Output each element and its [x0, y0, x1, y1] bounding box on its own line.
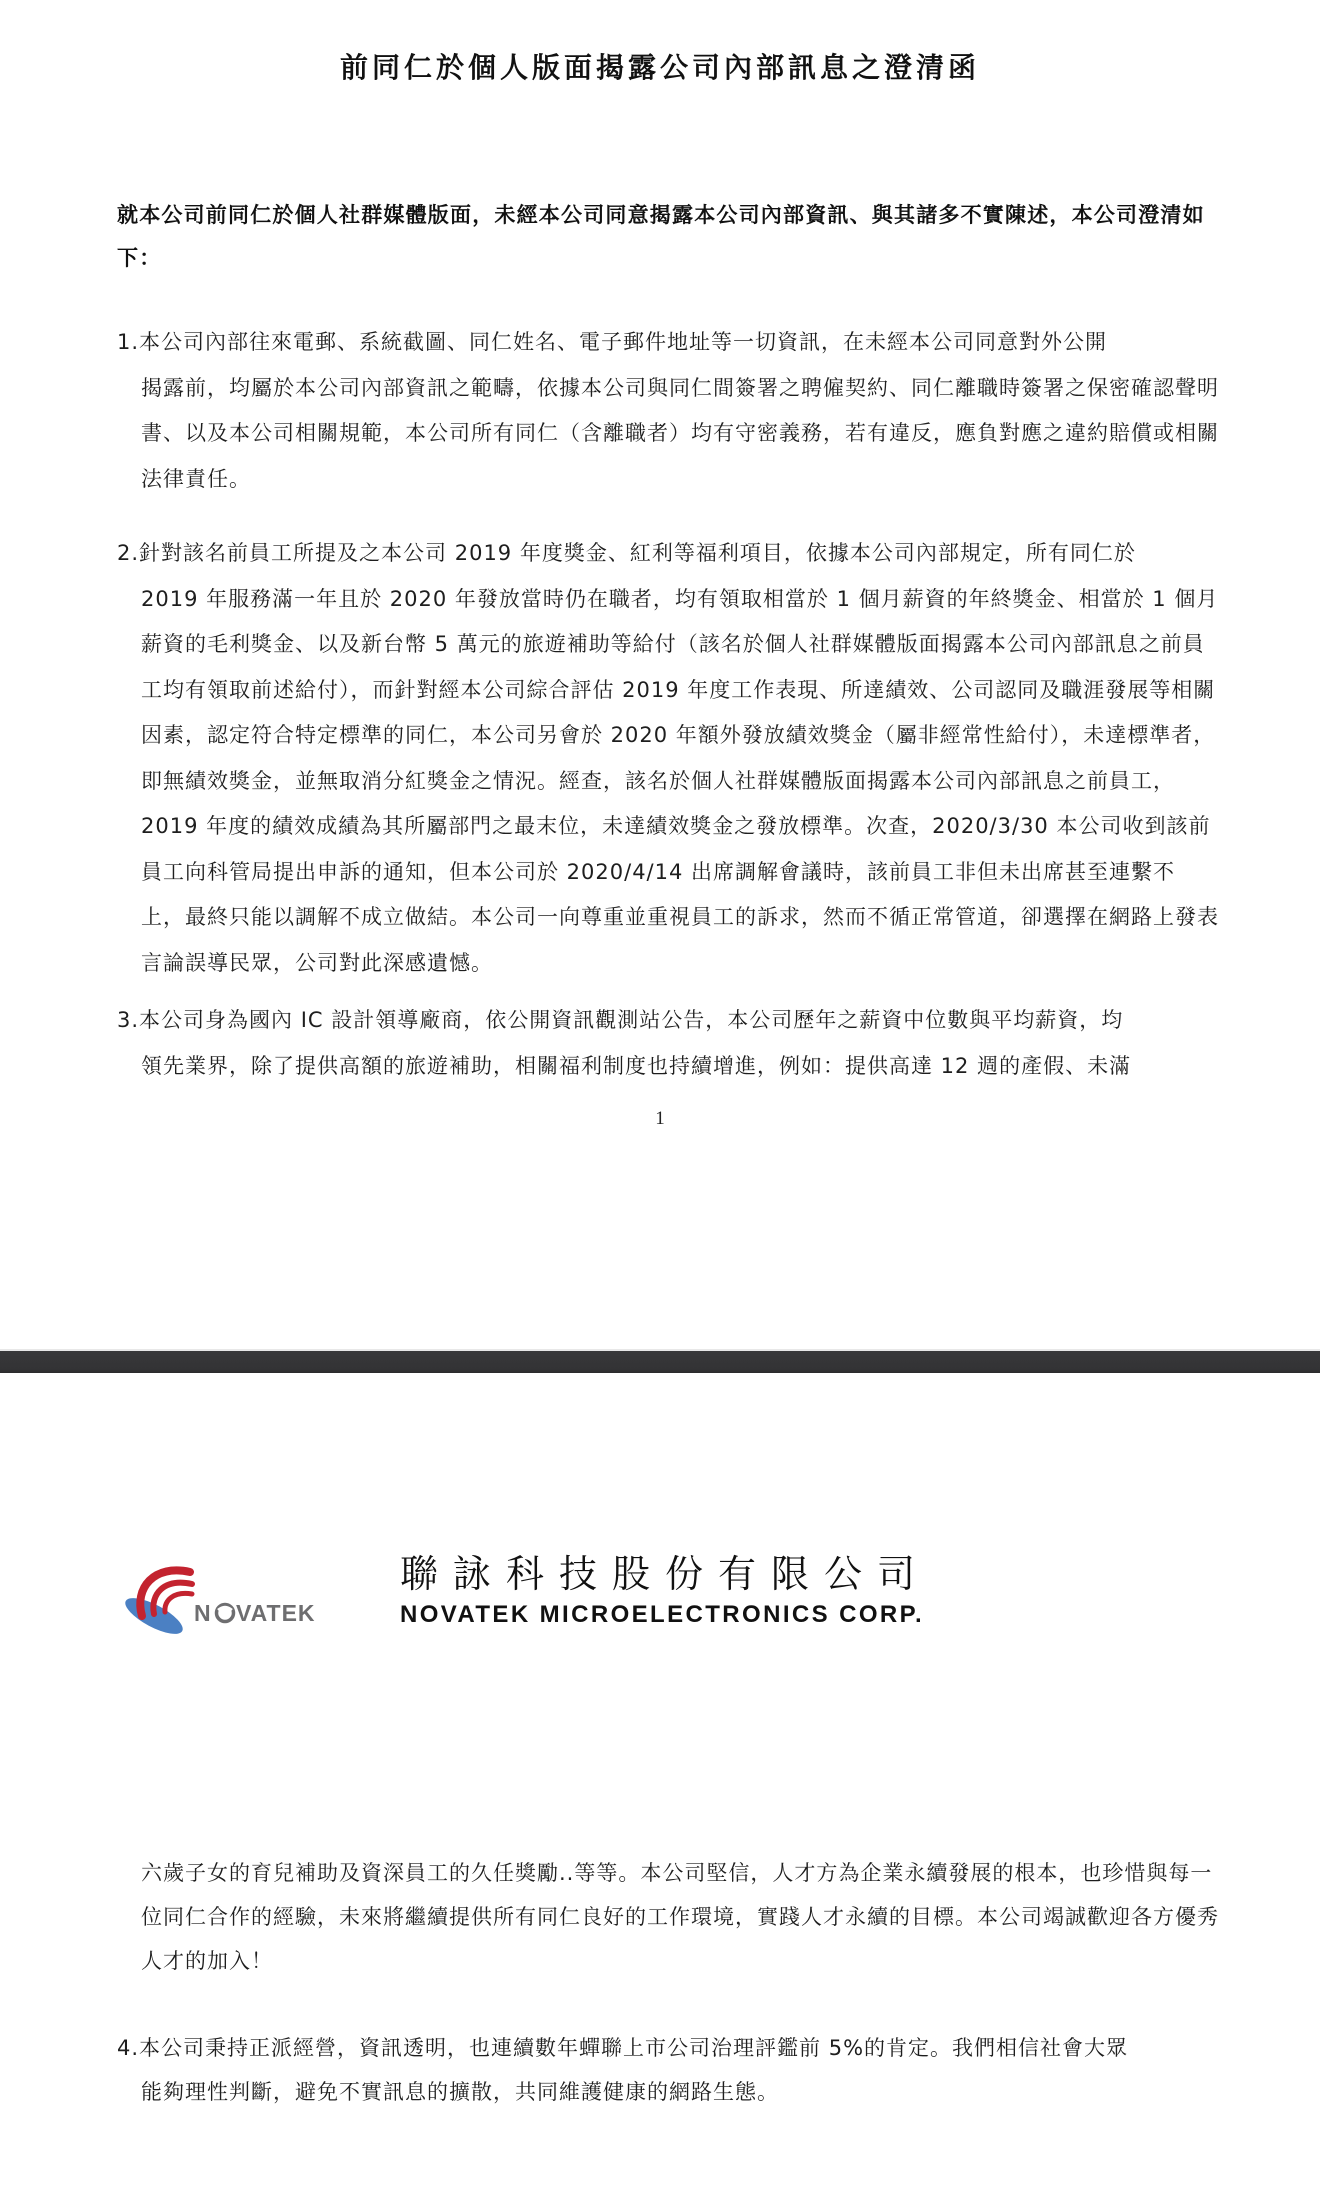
paragraph-body: 領先業界，除了提供高額的旅遊補助，相關福利制度也持續增進，例如：提供高達 12 …: [117, 1044, 1219, 1090]
paragraph-body: 能夠理性判斷，避免不實訊息的擴散，共同維護健康的網路生態。: [117, 2070, 1219, 2114]
paragraph-body: 2019 年服務滿一年且於 2020 年發放當時仍在職者，均有領取相當於 1 個…: [117, 577, 1219, 987]
paragraph-4: 4.本公司秉持正派經營，資訊透明，也連續數年蟬聯上市公司治理評鑑前 5%的肯定。…: [117, 2026, 1219, 2114]
novatek-logo: N VATEK: [124, 1558, 354, 1638]
document-title: 前同仁於個人版面揭露公司內部訊息之澄清函: [0, 48, 1320, 88]
paragraph-first-line: 本公司內部往來電郵、系統截圖、同仁姓名、電子郵件地址等一切資訊，在未經本公司同意…: [139, 330, 1107, 354]
company-letterhead: N VATEK 聯詠科技股份有限公司 NOVATEK MICROELECTRON…: [120, 1540, 1220, 1650]
paragraph-first-line: 本公司秉持正派經營，資訊透明，也連續數年蟬聯上市公司治理評鑑前 5%的肯定。我們…: [139, 2036, 1128, 2060]
paragraph-number: 2.: [117, 541, 139, 565]
paragraph-3-continued: 六歲子女的育兒補助及資深員工的久任獎勵..等等。本公司堅信，人才方為企業永續發展…: [117, 1851, 1219, 1983]
intro-statement: 就本公司前同仁於個人社群媒體版面，未經本公司同意揭露本公司內部資訊、與其諸多不實…: [117, 194, 1219, 280]
paragraph-number: 3.: [117, 1008, 139, 1032]
paragraph-1: 1.本公司內部往來電郵、系統截圖、同仁姓名、電子郵件地址等一切資訊，在未經本公司…: [117, 320, 1219, 502]
paragraph-number: 4.: [117, 2036, 139, 2060]
paragraph-number: 1.: [117, 330, 139, 354]
page-number: 1: [0, 1108, 1320, 1130]
logo-wordmark: N: [194, 1600, 212, 1626]
company-name-chinese: 聯詠科技股份有限公司: [400, 1550, 930, 1598]
paragraph-body: 六歲子女的育兒補助及資深員工的久任獎勵..等等。本公司堅信，人才方為企業永續發展…: [117, 1851, 1219, 1983]
paragraph-body: 揭露前，均屬於本公司內部資訊之範疇，依據本公司與同仁間簽署之聘僱契約、同仁離職時…: [117, 366, 1219, 503]
paragraph-first-line: 本公司身為國內 IC 設計領導廠商，依公開資訊觀測站公告，本公司歷年之薪資中位數…: [139, 1008, 1123, 1032]
company-name-english: NOVATEK MICROELECTRONICS CORP.: [400, 1598, 930, 1632]
company-names: 聯詠科技股份有限公司 NOVATEK MICROELECTRONICS CORP…: [400, 1550, 930, 1632]
paragraph-3: 3.本公司身為國內 IC 設計領導廠商，依公開資訊觀測站公告，本公司歷年之薪資中…: [117, 998, 1219, 1089]
paragraph-2: 2.針對該名前員工所提及之本公司 2019 年度獎金、紅利等福利項目，依據本公司…: [117, 531, 1219, 986]
paragraph-first-line: 針對該名前員工所提及之本公司 2019 年度獎金、紅利等福利項目，依據本公司內部…: [139, 541, 1136, 565]
document-page-1: 前同仁於個人版面揭露公司內部訊息之澄清函 就本公司前同仁於個人社群媒體版面，未經…: [0, 0, 1320, 1351]
page-divider: [0, 1349, 1320, 1375]
svg-text:VATEK: VATEK: [236, 1600, 316, 1626]
novatek-logo-icon: N VATEK: [124, 1558, 354, 1638]
